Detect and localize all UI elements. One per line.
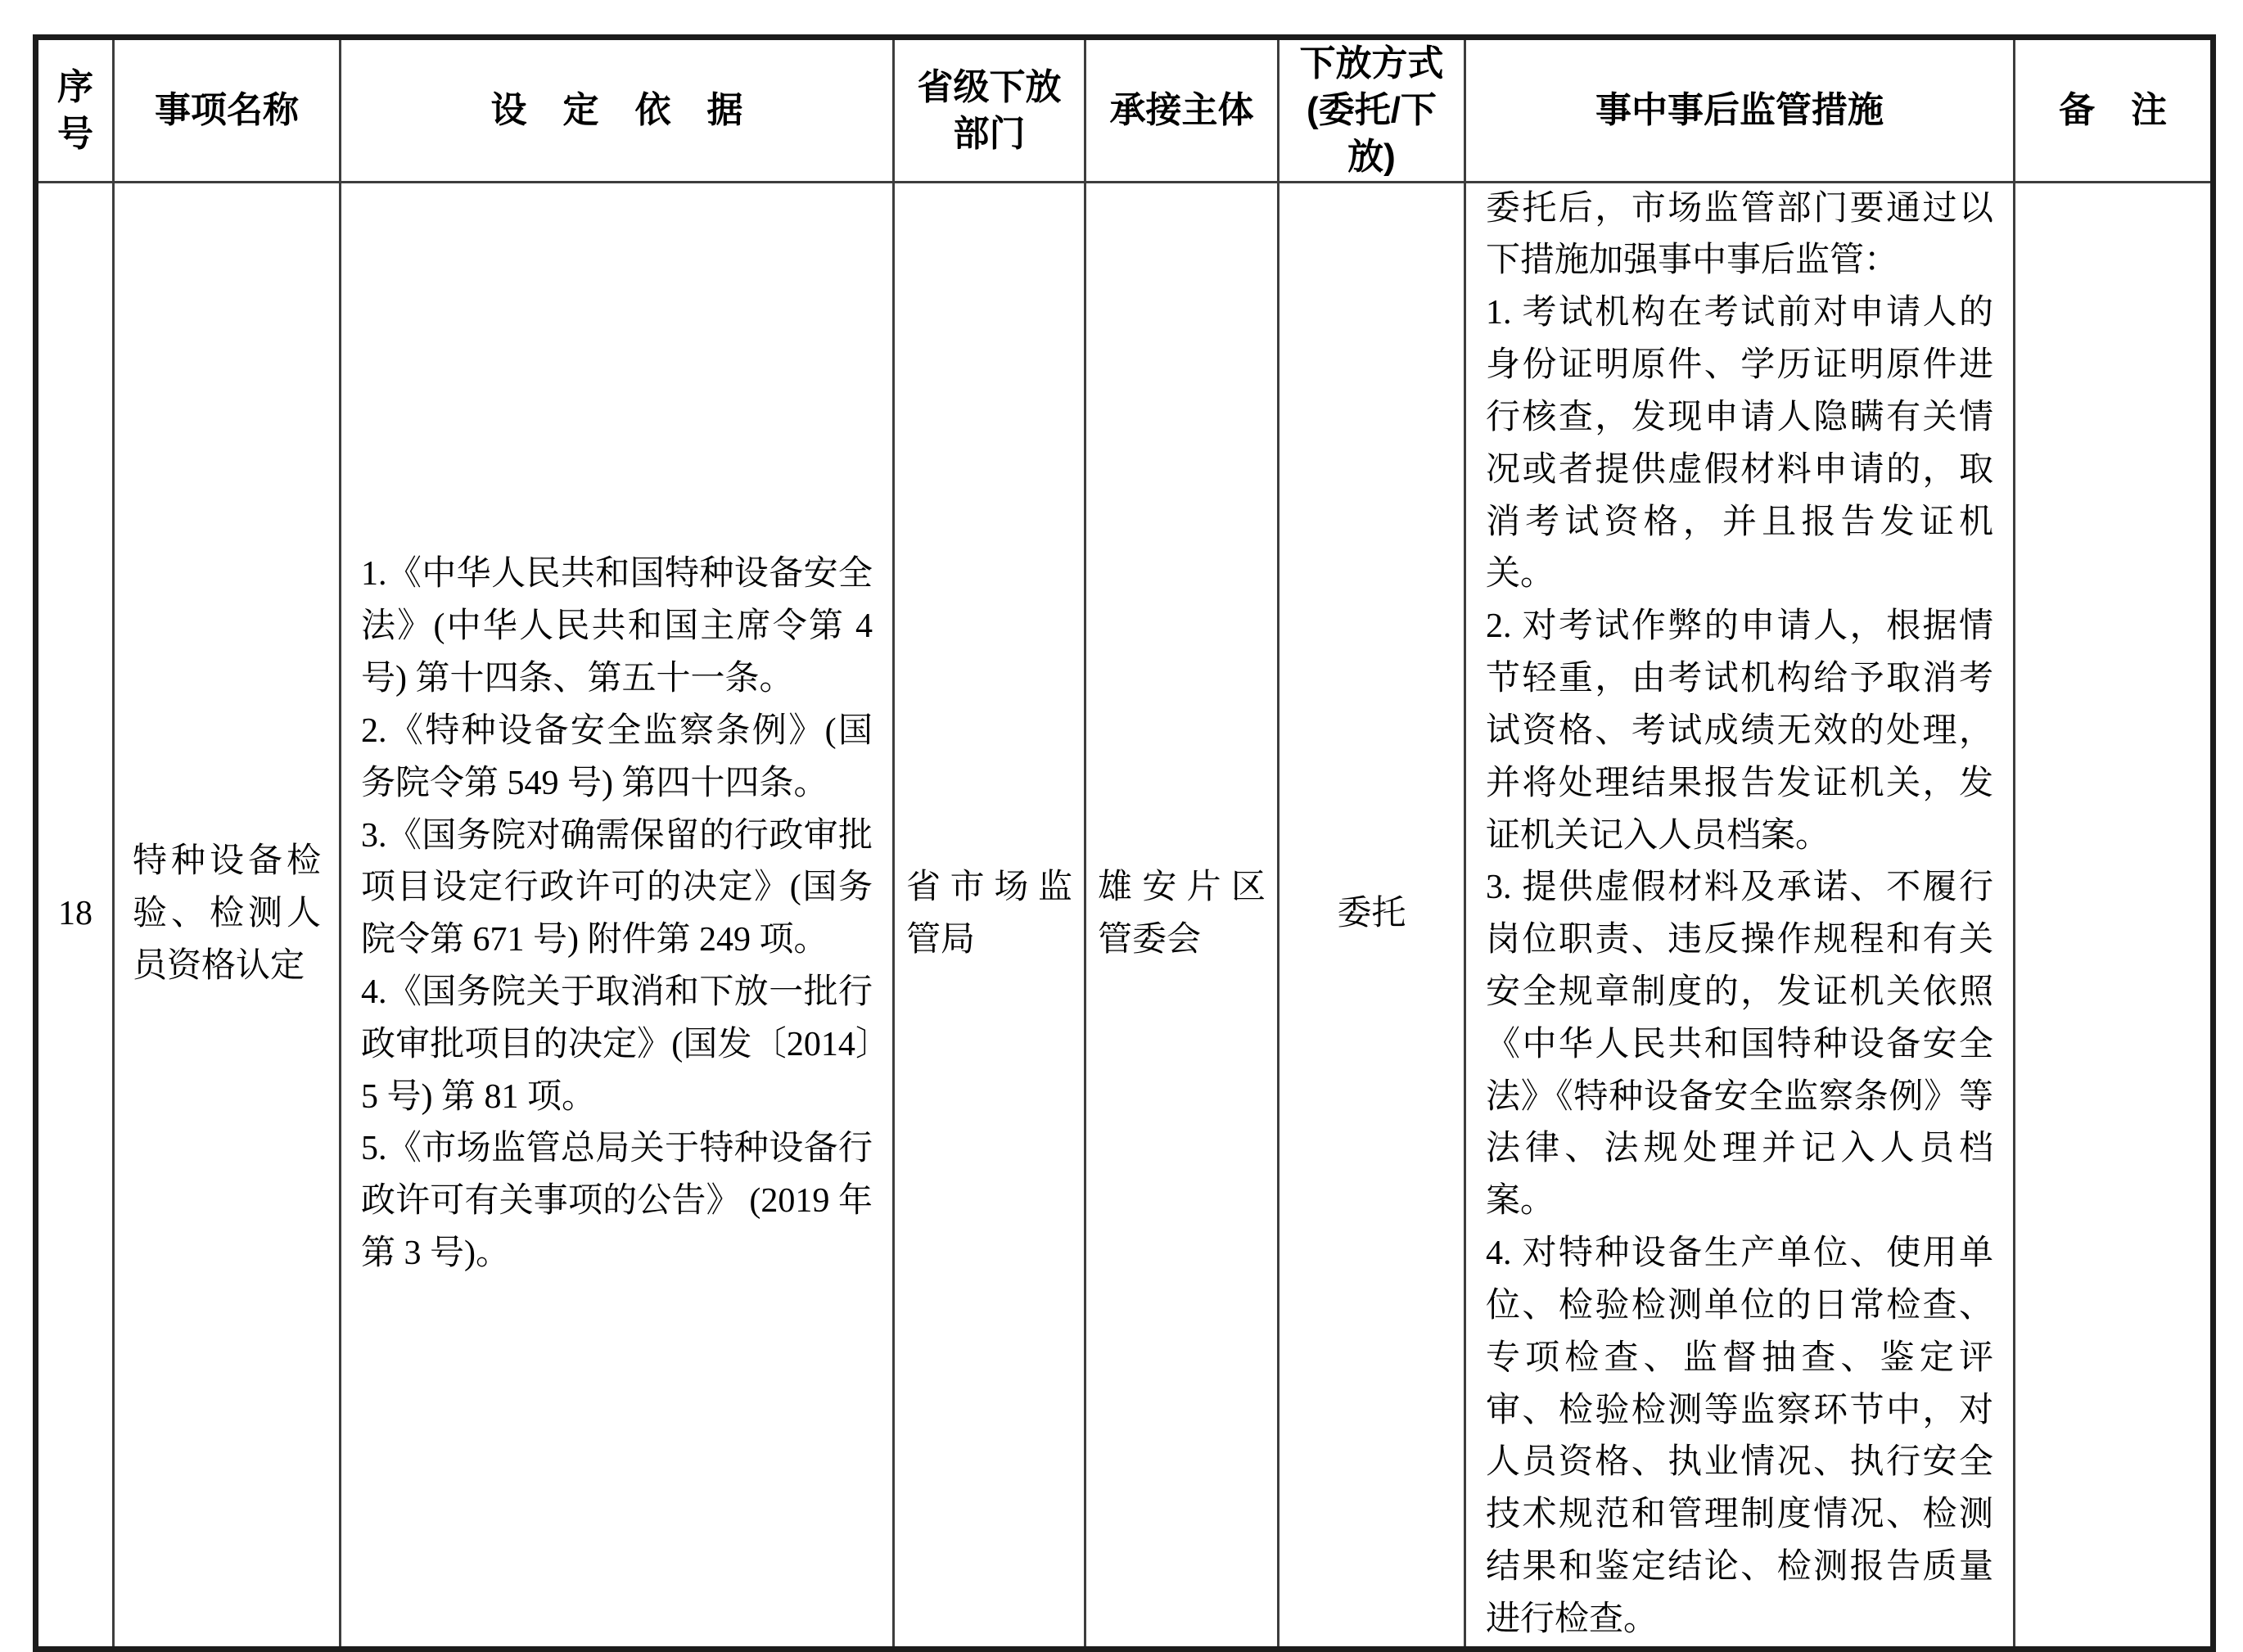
legal-basis-item-5: 5.《市场监管总局关于特种设备行政许可有关事项的公告》 (2019 年第 3 号…: [361, 1123, 873, 1280]
supervision-item-2: 2. 对考试作弊的申请人，根据情节轻重，由考试机构给予取消考试资格、考试成绩无效…: [1486, 601, 1993, 862]
cell-delegating-department: 省市场监管局: [894, 182, 1085, 1649]
legal-basis-item-3: 3.《国务院对确需保留的行政审批项目设定行政许可的决定》(国务院令第 671 号…: [361, 810, 873, 967]
header-legal-basis: 设 定 依 据: [341, 38, 894, 183]
cell-undertaking-entity: 雄安片区管委会: [1085, 182, 1279, 1649]
header-remarks: 备 注: [2015, 38, 2214, 183]
header-delegation-method: 下放方式 (委托/下放): [1279, 38, 1465, 183]
supervision-item-1: 1. 考试机构在考试前对申请人的身份证明原件、学历证明原件进行核查，发现申请人隐…: [1486, 287, 1993, 601]
header-row: 序号 事项名称 设 定 依 据 省级下放部门 承接主体 下放方式 (委托/下放)…: [36, 38, 2214, 183]
header-item-name: 事项名称: [114, 38, 341, 183]
supervision-intro: 委托后，市场监管部门要通过以下措施加强事中事后监管：: [1486, 183, 1993, 288]
legal-basis-item-1: 1.《中华人民共和国特种设备安全法》(中华人民共和国主席令第 4 号) 第十四条…: [361, 548, 873, 705]
cell-supervision-measures: 委托后，市场监管部门要通过以下措施加强事中事后监管： 1. 考试机构在考试前对申…: [1465, 182, 2015, 1649]
supervision-item-3: 3. 提供虚假材料及承诺、不履行岗位职责、违反操作规程和有关安全规章制度的，发证…: [1486, 862, 1993, 1228]
header-serial-number: 序号: [36, 38, 114, 183]
cell-serial-number: 18: [36, 182, 114, 1649]
supervision-item-4: 4. 对特种设备生产单位、使用单位、检验检测单位的日常检查、专项检查、监督抽查、…: [1486, 1228, 1993, 1646]
header-undertaking-entity: 承接主体: [1085, 38, 1279, 183]
delegation-items-table: 序号 事项名称 设 定 依 据 省级下放部门 承接主体 下放方式 (委托/下放)…: [33, 34, 2216, 1652]
header-supervision-measures: 事中事后监管措施: [1465, 38, 2015, 183]
table-row-18: 18 特种设备检验、检测人员资格认定 1.《中华人民共和国特种设备安全法》(中华…: [36, 182, 2214, 1649]
legal-basis-item-2: 2.《特种设备安全监察条例》(国务院令第 549 号) 第四十四条。: [361, 706, 873, 810]
cell-item-name: 特种设备检验、检测人员资格认定: [114, 182, 341, 1649]
legal-basis-item-4: 4.《国务院关于取消和下放一批行政审批项目的决定》(国发〔2014〕5 号) 第…: [361, 967, 873, 1123]
cell-delegation-method: 委托: [1279, 182, 1465, 1649]
header-delegating-department: 省级下放部门: [894, 38, 1085, 183]
cell-remarks: [2015, 182, 2214, 1649]
cell-legal-basis: 1.《中华人民共和国特种设备安全法》(中华人民共和国主席令第 4 号) 第十四条…: [341, 182, 894, 1649]
